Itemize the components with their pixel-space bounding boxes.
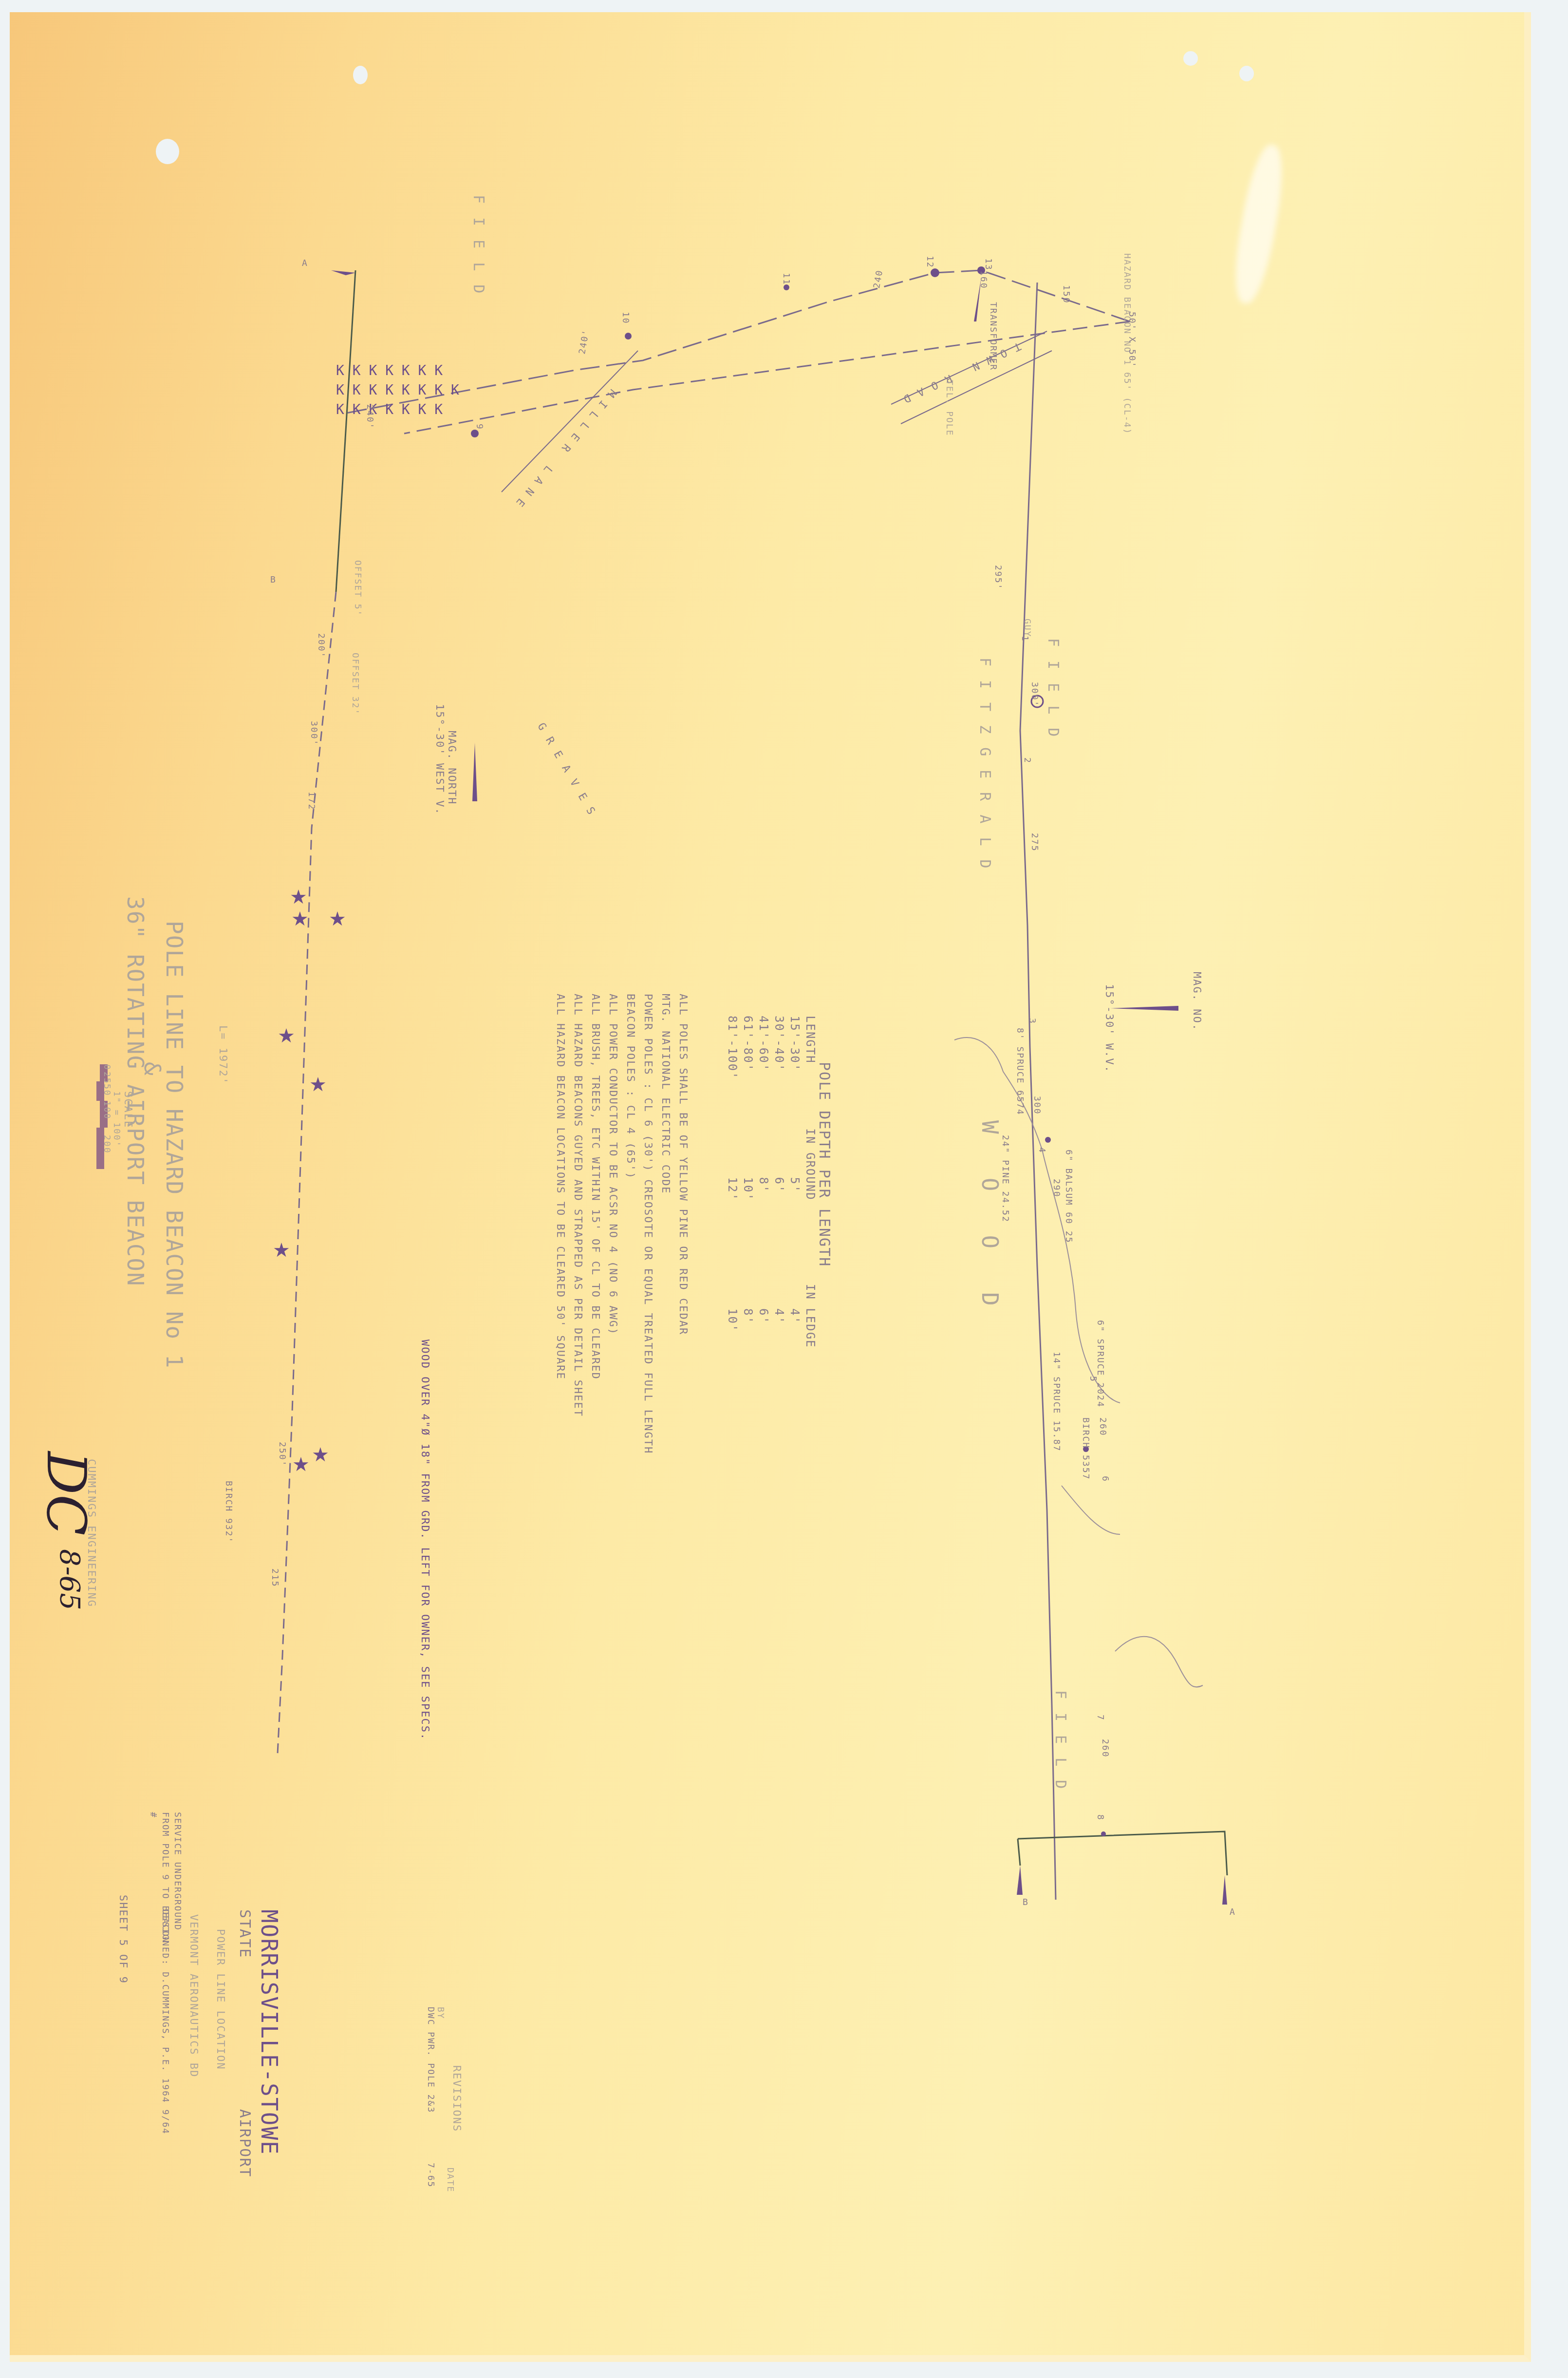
span-label: 260 <box>1098 1417 1108 1436</box>
table-row: 81'-100'12'10' <box>725 1016 740 1368</box>
revision-date: 7-65 <box>426 2163 436 2188</box>
label-beacon-clear: 50' X 50' <box>1127 312 1137 368</box>
pole-depth-table: LENGTH IN GROUND IN LEDGE 15'-30'5'4' 30… <box>725 1016 818 1368</box>
scale-tick-100: 100 <box>102 1101 112 1120</box>
svg-text:★: ★ <box>291 908 309 930</box>
offset-label: OFFSET 5' <box>353 560 363 617</box>
table-row: 61'-80'10'8' <box>740 1016 756 1368</box>
pole-11 <box>784 284 789 290</box>
wood-note: WOOD OVER 4"Ø 18" FROM GRD. LEFT FOR OWN… <box>419 1340 431 1740</box>
left-pole-line-lower <box>278 592 336 1754</box>
tree-label: 14" SPRUCE 15.87 <box>1051 1352 1062 1452</box>
agency: VERMONT AERONAUTICS BD <box>187 1914 200 2077</box>
service-note-3: # <box>148 1812 158 1818</box>
span-label: 290 <box>1051 1179 1062 1198</box>
note-8: ALL HAZARD BEACON LOCATIONS TO BE CLEARE… <box>551 994 569 1454</box>
pole-number: 2 <box>1022 757 1032 764</box>
mag-north-left-line2: 15°-30' WEST V. <box>433 704 446 815</box>
revisions-label: REVISIONS <box>450 2065 463 2132</box>
offset-label: OFFSET 32' <box>350 653 360 715</box>
span-label: 295' <box>993 565 1003 590</box>
scale-tick-50: 50 <box>102 1084 112 1096</box>
pole-number: 3 <box>1027 1018 1037 1024</box>
drawing-name: POWER LINE LOCATION <box>214 1929 226 2070</box>
project-subtitle-state: STATE <box>236 1909 253 1958</box>
svg-text:K K K K K K K: K K K K K K K <box>336 362 443 378</box>
col-header: IN LEDGE <box>803 1221 818 1368</box>
service-note-2: FROM POLE 9 TO BEACON <box>160 1812 170 1944</box>
note-7: ALL HAZARD BEACONS GUYED AND STRAPPED AS… <box>569 994 586 1454</box>
span-label: 200' <box>316 633 326 658</box>
main-title-line1: POLE LINE TO HAZARD BEACON No 1 <box>161 921 187 1369</box>
pole-number: 9 <box>474 424 485 430</box>
span-label: 172 <box>306 792 317 811</box>
mag-north-right-line2: 15°-30' W.V. <box>1103 984 1115 1073</box>
span-label: 300' <box>309 721 319 746</box>
sheet-number: SHEET 5 OF 9 <box>117 1895 129 1984</box>
pole-8 <box>1101 1831 1106 1836</box>
pole-number: 6 <box>1100 1476 1110 1482</box>
label-guy: GUY <box>1022 619 1032 638</box>
tree-label: 8' SPRUCE 6574 <box>1015 1028 1025 1115</box>
pole-9 <box>471 430 479 437</box>
pole-number: 5 <box>1088 1376 1098 1382</box>
total-length: L= 1972' <box>217 1025 229 1085</box>
svg-text:★: ★ <box>290 886 307 908</box>
mag-north-left-line1: MAG. NORTH <box>446 731 458 805</box>
note-5: ALL POWER CONDUCTOR TO BE ACSR NO 4 (NO … <box>604 994 621 1454</box>
span-label: 275 <box>1029 833 1040 852</box>
note-1: ALL POLES SHALL BE OF YELLOW PINE OR RED… <box>674 994 691 1454</box>
section-bracket <box>1018 1831 1227 1875</box>
span-label: 215 <box>270 1568 280 1587</box>
scale-label: SCALE <box>122 1091 134 1128</box>
project-subtitle-airport: AIRPORT <box>236 2109 253 2177</box>
label-field-lower: FIELD <box>1052 1690 1069 1802</box>
span-label: 260 <box>1100 1739 1110 1758</box>
span-label: 250' <box>277 1442 287 1467</box>
miller-lane <box>502 351 638 492</box>
note-6: ALL BRUSH, TREES, ETC WITHIN 15' OF CL T… <box>586 994 604 1454</box>
svg-text:K K K K K K K K: K K K K K K K K <box>336 382 459 398</box>
svg-text:★: ★ <box>309 1074 327 1096</box>
pole-number: 11 <box>781 273 791 285</box>
project-title: MORRISVILLE-STOWE <box>256 1909 282 2155</box>
branch-line-2 <box>404 321 1130 434</box>
section-arrow-a3 <box>1222 1875 1227 1905</box>
svg-text:★: ★ <box>292 1453 310 1476</box>
scale-ratio: 1" = 100' <box>112 1091 122 1148</box>
pole-number: 10 <box>620 312 631 324</box>
pole-5 <box>1045 1137 1051 1143</box>
tree-label: BIRCH 932' <box>224 1481 234 1543</box>
tree-label: 6" SPRUCE 2024 <box>1095 1320 1105 1408</box>
town-road <box>891 331 1052 424</box>
service-note-1: SERVICE UNDERGROUND <box>172 1812 183 1931</box>
left-pole-line <box>336 270 355 592</box>
pole-number: 12 <box>925 256 935 268</box>
table-row: 30'-40'6'4' <box>771 1016 787 1368</box>
pole-number: 1 <box>1020 636 1030 642</box>
star-markers: ★ ★ ★ ★ ★ ★ ★ ★ <box>273 886 346 1476</box>
section-mark: B <box>270 575 277 585</box>
woods-boundary-2 <box>1062 1486 1203 1687</box>
table-row: 15'-30'5'4' <box>787 1016 803 1368</box>
pole-depth-title: POLE DEPTH PER LENGTH <box>816 1062 833 1267</box>
tree-label: 6" BALSUM 60 25 <box>1064 1150 1074 1244</box>
revision-by-label: BY <box>435 2007 446 2019</box>
signature: DC <box>35 1452 97 1535</box>
section-mark: B <box>1023 1897 1029 1907</box>
section-arrow-a2 <box>1017 1866 1023 1895</box>
revision-entry: DWC PWR. POLE 2&3 <box>426 2007 436 2113</box>
signature-date: 8-65 <box>54 1549 85 1610</box>
general-notes: ALL POLES SHALL BE OF YELLOW PINE OR RED… <box>551 994 691 1454</box>
section-arrow-a <box>331 270 355 275</box>
tree-symbols: K K K K K K K K K K K K K K K K K K K K … <box>336 362 459 417</box>
main-pole-line <box>1020 283 1056 1900</box>
label-tel-pole: TEL. POLE <box>944 380 954 436</box>
pole-number: 7 <box>1095 1715 1105 1721</box>
pole-number: 13 <box>983 258 993 271</box>
section-mark: A <box>302 258 308 268</box>
col-header: IN GROUND <box>803 1099 818 1221</box>
pole-number: 4 <box>1037 1147 1047 1153</box>
svg-text:★: ★ <box>329 908 346 930</box>
scale-tick-0: 0 <box>102 1064 112 1071</box>
label-field-top-left: FIELD <box>470 195 487 307</box>
mag-north-right-line1: MAG. NO. <box>1191 972 1203 1031</box>
svg-text:★: ★ <box>273 1239 290 1262</box>
label-transformer: TRANSFORMER <box>988 302 998 371</box>
section-mark: A <box>1230 1907 1236 1917</box>
revision-date-label: DATE <box>445 2168 455 2192</box>
span-label: 240' <box>365 404 375 429</box>
table-row: 41'-60'8'6' <box>756 1016 771 1368</box>
note-2: MTG. NATIONAL ELECTRIC CODE <box>656 994 674 1454</box>
note-4: BEACON POLES : CL 4 (65') <box>621 994 639 1454</box>
note-3: POWER POLES : CL 6 (30') CREOSOTE OR EQU… <box>639 994 656 1454</box>
span-label: 300' <box>1029 682 1040 707</box>
tree-label: 24" PINE 24.52 <box>1000 1135 1010 1223</box>
span-label: 300 <box>1032 1096 1042 1115</box>
span-label: 160 <box>978 270 989 289</box>
svg-text:★: ★ <box>312 1444 329 1466</box>
pole-10 <box>625 333 632 340</box>
label-wood-right: WOOD <box>977 1120 1003 1350</box>
scale-tick-25: 25 <box>102 1072 112 1084</box>
tree-label: BIRCH 5357 <box>1081 1417 1091 1480</box>
pole-number: 8 <box>1095 1814 1105 1821</box>
scale-tick-200: 200 <box>102 1135 112 1154</box>
col-header: LENGTH <box>803 1016 818 1099</box>
svg-text:★: ★ <box>278 1025 295 1047</box>
svg-text:K K K K K K K: K K K K K K K <box>336 401 443 417</box>
label-field-main: FIELD <box>1045 638 1062 750</box>
span-label: 150 <box>1061 285 1071 304</box>
label-fitzgerald: FITZGERALD <box>976 658 993 882</box>
pole-12 <box>931 268 939 277</box>
